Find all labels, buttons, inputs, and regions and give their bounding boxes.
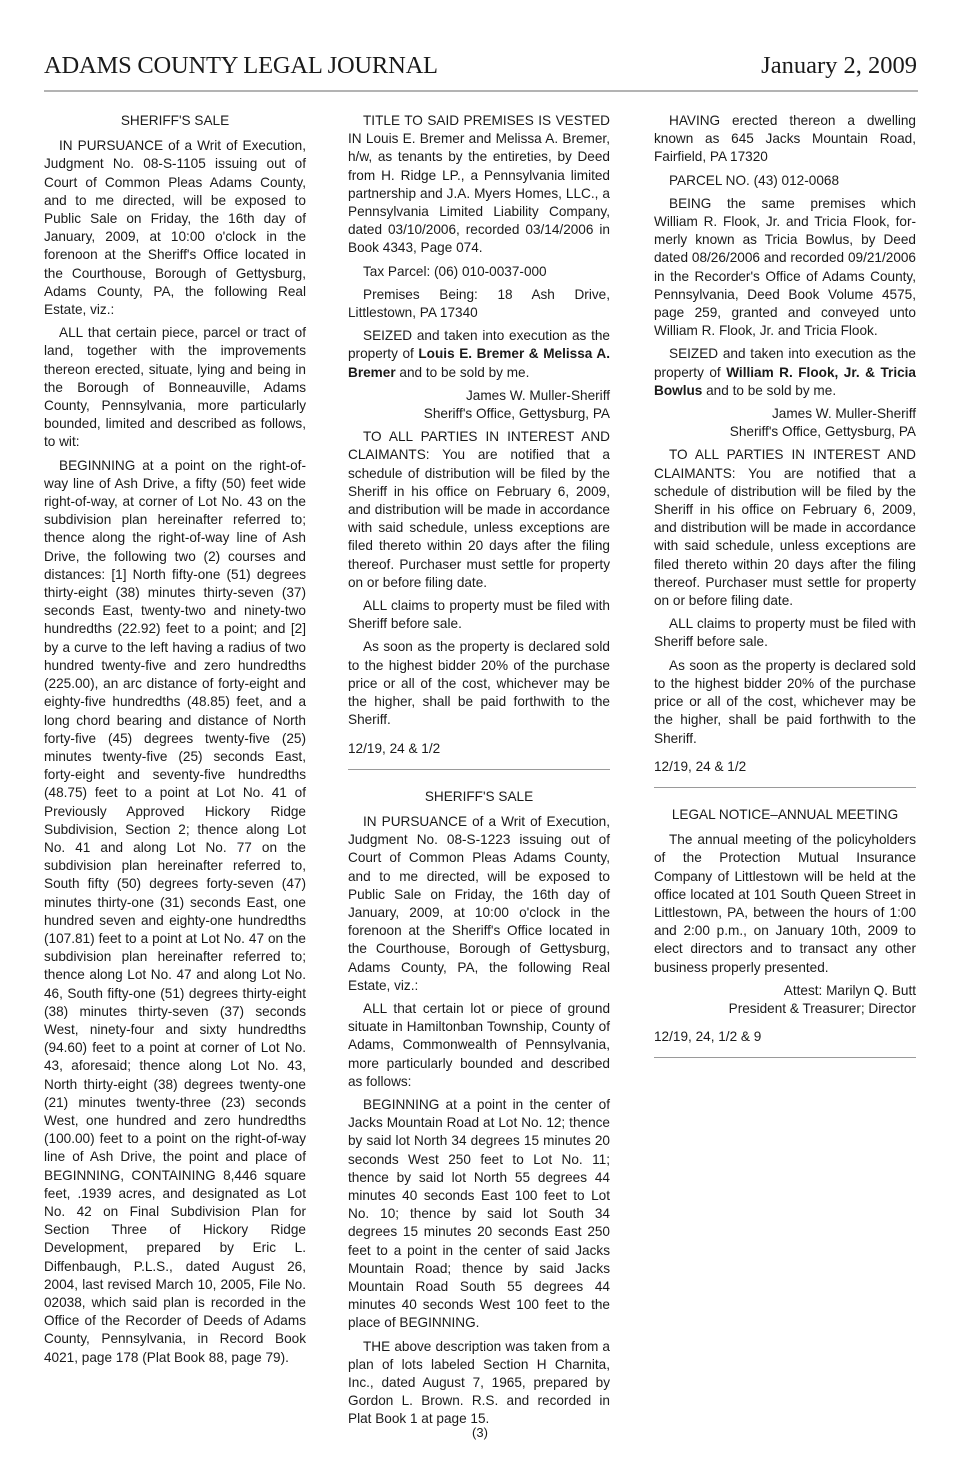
- notice-divider: [654, 787, 916, 788]
- notice-heading: SHERIFF'S SALE: [44, 112, 306, 130]
- sheriff-office: Sheriff's Office, Gettysburg, PA: [654, 423, 916, 441]
- annual-meeting-notice: LEGAL NOTICE–ANNUAL MEETING The annual m…: [654, 806, 916, 1058]
- claimants-notice: TO ALL PARTIES IN INTEREST AND CLAIMANTS…: [654, 446, 916, 610]
- claimants-notice: TO ALL PARTIES IN INTEREST AND CLAIMANTS…: [348, 428, 610, 592]
- notice-divider: [654, 1057, 916, 1058]
- claims-notice: ALL claims to property must be filed wit…: [348, 597, 610, 633]
- notice-paragraph: ALL that certain piece, parcel or tract …: [44, 324, 306, 451]
- seized-statement: SEIZED and taken into execution as the p…: [654, 345, 916, 400]
- sheriff-sale-notice-1-continued: TITLE TO SAID PREMISES IS VEST­ED IN Lou…: [348, 112, 610, 770]
- signature-block: James W. Muller-Sheriff Sheriff's Office…: [654, 405, 916, 441]
- page-number: (3): [0, 1425, 960, 1440]
- notice-paragraph: IN PURSUANCE of a Writ of Execu­tion, Ju…: [44, 137, 306, 319]
- sheriff-sale-notice-2-continued: HAVING erected thereon a dwelling known …: [654, 112, 916, 788]
- column-1: SHERIFF'S SALE IN PURSUANCE of a Writ of…: [44, 112, 306, 1372]
- claims-notice: ALL claims to property must be filed wit…: [654, 615, 916, 651]
- bidder-notice: As soon as the property is declared sold…: [348, 638, 610, 729]
- masthead: ADAMS COUNTY LEGAL JOURNAL January 2, 20…: [44, 52, 917, 92]
- notice-heading: SHERIFF'S SALE: [348, 788, 610, 806]
- property-description: BEGINNING at a point on the right-of-way…: [44, 457, 306, 1367]
- notice-divider: [348, 769, 610, 770]
- premises-address: Premises Being: 18 Ash Drive, Littlestow…: [348, 286, 610, 322]
- deed-history: BEING the same premises which William R.…: [654, 195, 916, 341]
- property-description: BEGINNING at a point in the center of Ja…: [348, 1096, 610, 1333]
- tax-parcel: Tax Parcel: (06) 010-0037-000: [348, 263, 610, 281]
- column-3: HAVING erected thereon a dwelling known …: [654, 112, 916, 1076]
- bidder-notice: As soon as the property is declared sold…: [654, 657, 916, 748]
- sheriff-name: James W. Muller-Sheriff: [348, 387, 610, 405]
- column-2: TITLE TO SAID PREMISES IS VEST­ED IN Lou…: [348, 112, 610, 1434]
- parcel-number: PARCEL NO. (43) 012-0068: [654, 172, 916, 190]
- signature-block: Attest: Marilyn Q. Butt President & Trea…: [654, 982, 916, 1018]
- attest-title: President & Treasurer; Director: [654, 1000, 916, 1018]
- masthead-divider: [44, 90, 918, 92]
- title-vesting: TITLE TO SAID PREMISES IS VEST­ED IN Lou…: [348, 112, 610, 258]
- notice-paragraph: IN PURSUANCE of a Writ of Execu­tion, Ju…: [348, 813, 610, 995]
- issue-date: January 2, 2009: [761, 52, 917, 80]
- plan-reference: THE above description was taken from a p…: [348, 1338, 610, 1429]
- sheriff-name: James W. Muller-Sheriff: [654, 405, 916, 423]
- dwelling: HAVING erected thereon a dwelling known …: [654, 112, 916, 167]
- seized-statement: SEIZED and taken into execution as the p…: [348, 327, 610, 382]
- run-dates: 12/19, 24 & 1/2: [654, 758, 916, 776]
- meeting-details: The annual meeting of the policyhold­ers…: [654, 831, 916, 977]
- sheriff-sale-notice-2: SHERIFF'S SALE IN PURSUANCE of a Writ of…: [348, 788, 610, 1429]
- notice-paragraph: ALL that certain lot or piece of ground …: [348, 1000, 610, 1091]
- sheriff-office: Sheriff's Office, Gettysburg, PA: [348, 405, 610, 423]
- journal-title: ADAMS COUNTY LEGAL JOURNAL: [44, 52, 438, 80]
- run-dates: 12/19, 24, 1/2 & 9: [654, 1028, 916, 1046]
- attest-name: Attest: Marilyn Q. Butt: [654, 982, 916, 1000]
- signature-block: James W. Muller-Sheriff Sheriff's Office…: [348, 387, 610, 423]
- notice-heading: LEGAL NOTICE–ANNUAL MEETING: [654, 806, 916, 824]
- sheriff-sale-notice-1: SHERIFF'S SALE IN PURSUANCE of a Writ of…: [44, 112, 306, 1367]
- run-dates: 12/19, 24 & 1/2: [348, 740, 610, 758]
